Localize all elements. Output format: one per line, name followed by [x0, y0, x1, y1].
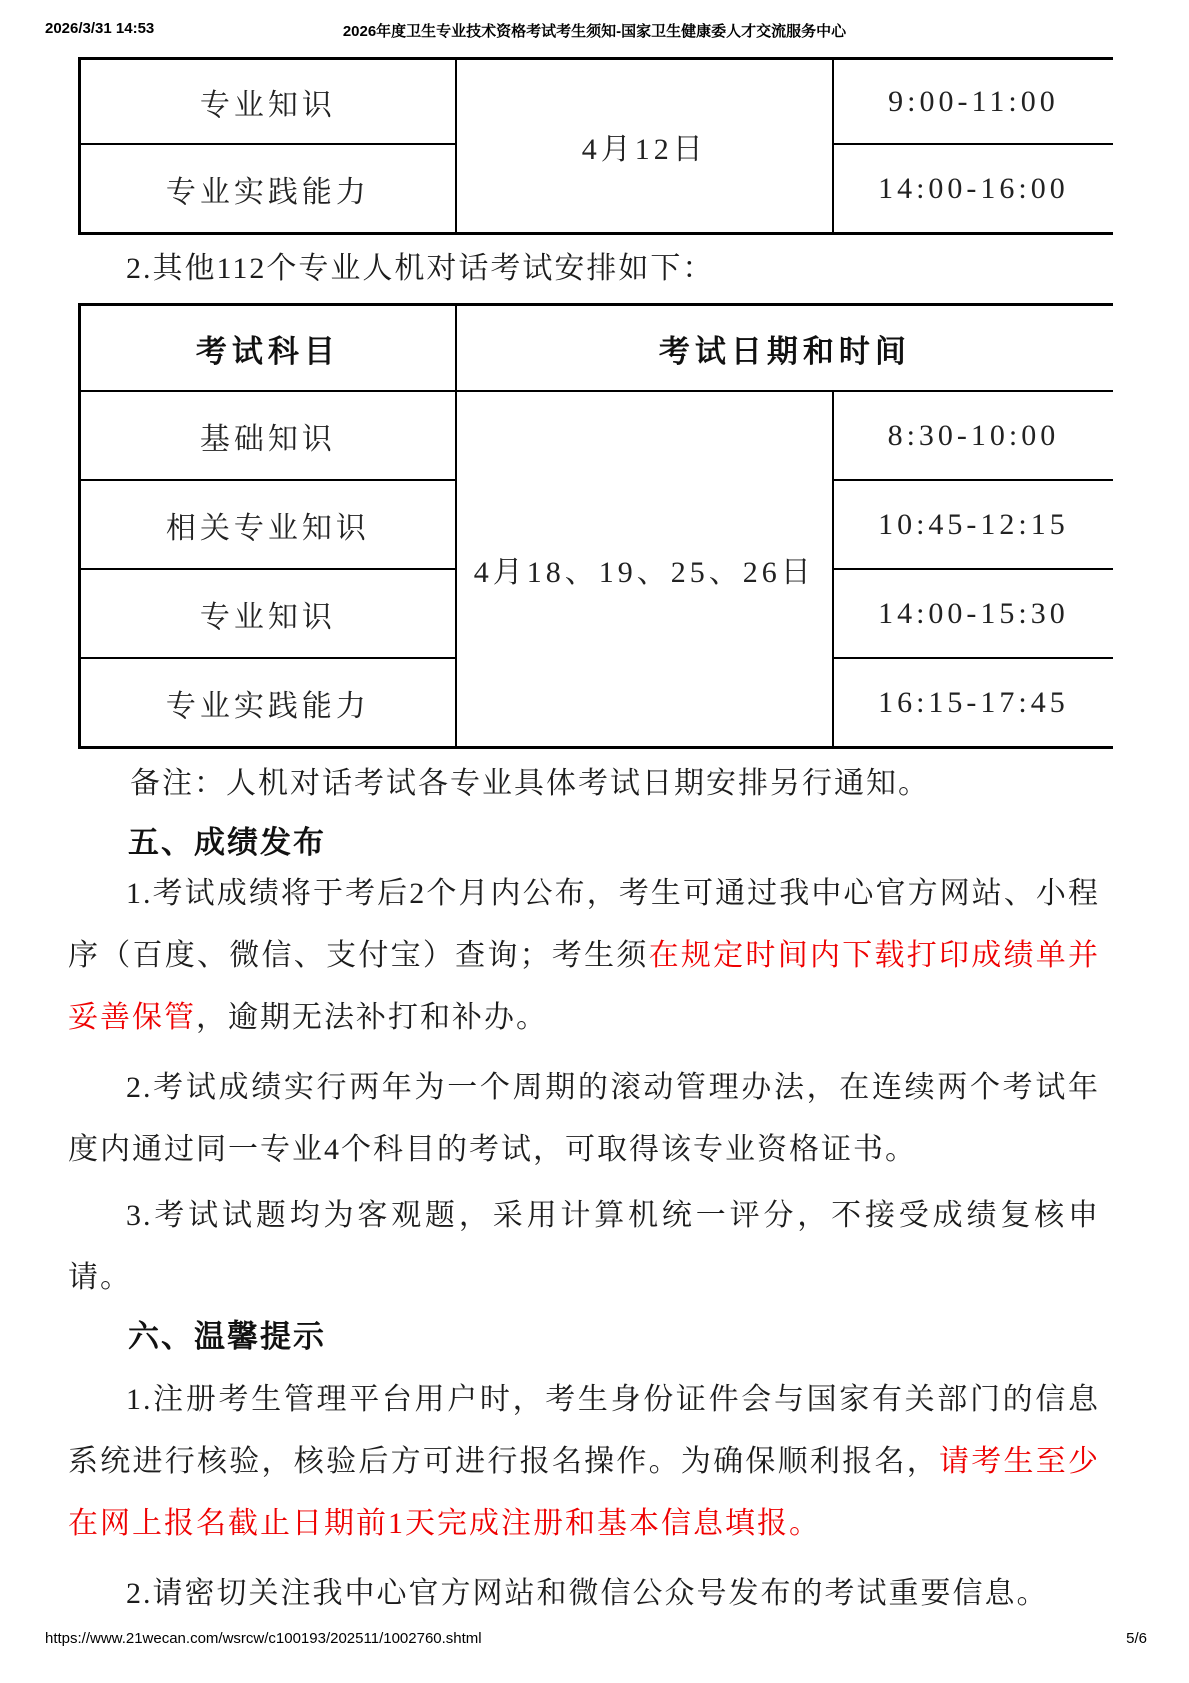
page-number: 5/6 — [1126, 1630, 1147, 1647]
source-url: https://www.21wecan.com/wsrcw/c100193/20… — [45, 1630, 482, 1647]
table-row: 专业知识 4月12日 9:00-11:00 — [80, 59, 1114, 145]
score-paragraph-3: 3.考试试题均为客观题，采用计算机统一评分，不接受成绩复核申请。 — [68, 1185, 1100, 1309]
exam-date-cell: 4月12日 — [456, 59, 833, 234]
subject-cell: 专业知识 — [80, 569, 456, 658]
score-paragraph-1: 1.考试成绩将于考后2个月内公布，考生可通过我中心官方网站、小程序（百度、微信、… — [68, 863, 1100, 1049]
subject-cell: 专业知识 — [80, 59, 456, 145]
april12-schedule-table: 专业知识 4月12日 9:00-11:00 专业实践能力 14:00-16:00 — [78, 57, 1113, 235]
time-cell: 14:00-16:00 — [833, 144, 1113, 234]
print-footer: https://www.21wecan.com/wsrcw/c100193/20… — [0, 1630, 1189, 1654]
section-heading-tips: 六、温馨提示 — [68, 1317, 1113, 1357]
subject-cell: 专业实践能力 — [80, 658, 456, 748]
subject-cell: 基础知识 — [80, 391, 456, 480]
document-content: 专业知识 4月12日 9:00-11:00 专业实践能力 14:00-16:00… — [68, 0, 1113, 1629]
score-p1-text-end: ，逾期无法补打和补办。 — [196, 1001, 548, 1034]
subject-cell: 专业实践能力 — [80, 144, 456, 234]
time-cell: 9:00-11:00 — [833, 59, 1113, 145]
time-cell: 14:00-15:30 — [833, 569, 1113, 658]
table-header-row: 考试科目 考试日期和时间 — [80, 305, 1114, 392]
tips-paragraph-1: 1.注册考生管理平台用户时，考生身份证件会与国家有关部门的信息系统进行核验，核验… — [68, 1369, 1100, 1555]
document-page: 2026/3/31 14:53 2026年度卫生专业技术资格考试考生须知-国家卫… — [0, 0, 1189, 1683]
score-paragraph-2: 2.考试成绩实行两年为一个周期的滚动管理办法，在连续两个考试年度内通过同一专业4… — [68, 1057, 1100, 1181]
computer-exam-schedule-table: 考试科目 考试日期和时间 基础知识 4月18、19、25、26日 8:30-10… — [78, 303, 1113, 749]
subject-cell: 相关专业知识 — [80, 480, 456, 569]
tips-paragraph-2: 2.请密切关注我中心官方网站和微信公众号发布的考试重要信息。 — [68, 1563, 1100, 1625]
subject-header-cell: 考试科目 — [80, 305, 456, 392]
other-specialties-intro: 2.其他112个专业人机对话考试安排如下： — [68, 235, 1100, 303]
section-heading-score-release: 五、成绩发布 — [68, 823, 1113, 863]
datetime-header-cell: 考试日期和时间 — [456, 305, 1113, 392]
remark-line: 备注：人机对话考试各专业具体考试日期安排另行通知。 — [68, 753, 1100, 815]
table-row: 基础知识 4月18、19、25、26日 8:30-10:00 — [80, 391, 1114, 480]
time-cell: 10:45-12:15 — [833, 480, 1113, 569]
exam-dates-cell: 4月18、19、25、26日 — [456, 391, 833, 748]
time-cell: 16:15-17:45 — [833, 658, 1113, 748]
time-cell: 8:30-10:00 — [833, 391, 1113, 480]
